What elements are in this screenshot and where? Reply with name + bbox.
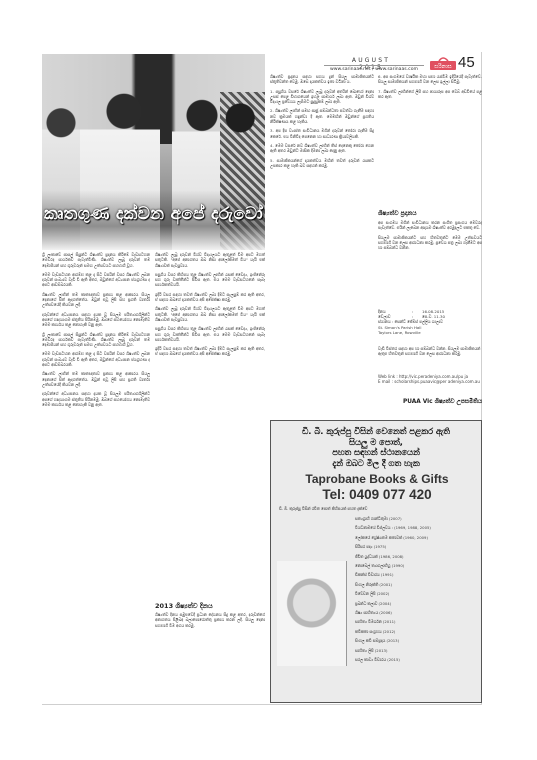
paragraph: පසුගිය වසර කිහිපය තුළ ශිෂ්‍යත්ව ලාභීන් ර… (155, 272, 265, 288)
event-details: දිනය : 16.08.2015 වේලාව : පෙ.ව. 11.30 ස්… (378, 309, 482, 335)
shop-name: Taprobane Books & Gifts (271, 472, 483, 486)
article-column-4-section: අප සංගමය මගින් සංවිධානය කරන සංගීත ප්‍රසං… (378, 220, 482, 306)
venue-line: Taylors Lane, Rowville (378, 330, 482, 335)
paragraph: මෙම වැඩසටහන ආරම්භ කළ දා සිට වසරින් වසර ශ… (42, 351, 150, 367)
paragraph: දරුවන්ගේ අධ්‍යාපනය සඳහා දායක වූ සියලුම ප… (42, 312, 150, 328)
book-list: සත්‍යග්‍රාහී ගාන්ධිතුමා (2007) වියට්නාමය… (355, 514, 479, 665)
book-item: සාහිත්‍ය විමර්ශන (2011) (355, 617, 479, 626)
article-column-3: ශිෂ්‍යත්ව ප්‍රදානය සඳහා සහය දුන් සියලු ස… (270, 74, 374, 414)
paragraph: ශ්‍රී ලංකාවේ පාසල් සිසුන්ට ශිෂ්‍යත්ව ප්‍… (42, 252, 150, 268)
paragraph: 1. පසුගිය වසරේ ශිෂ්‍යත්ව ලැබූ දරුවන් අතර… (270, 89, 374, 105)
contact-links: Web link : http://vic.peradeniya.com.au/… (378, 374, 482, 385)
header-divider (324, 65, 424, 66)
page-number: 45 (458, 54, 475, 71)
paragraph: ශිෂ්‍යත්ව ප්‍රදානය සඳහා සහය දුන් සියලු ස… (270, 74, 374, 85)
book-item: ශිෂ්‍ය සාහිත්‍යය (2006) (355, 608, 479, 617)
paragraph: දරුවන්ගේ අධ්‍යාපනය සඳහා දායක වූ සියලුම ප… (42, 391, 150, 407)
paragraph: ශිෂ්‍යත්ව ලැබූ දරුවන් විශ්ව විද්‍යාලයට ඇ… (155, 252, 265, 268)
paragraph: අප සංගමය මගින් සංවිධානය කරන සංගීත ප්‍රසං… (378, 220, 482, 231)
article-headline: කෘතගුණ දක්වන අපේ දරුවෝ (42, 204, 265, 224)
email-link[interactable]: E mail : scholarships.puaavic@per adeniy… (378, 379, 482, 384)
book-item: සිරිසර පද්‍ය (1975) (355, 542, 479, 551)
book-item: නොබෙල් ත්‍යාගලාභීහු (1990) (355, 561, 479, 570)
section-heading-2013: 2013 ශිෂ්‍යත්ව දිනය (155, 602, 213, 611)
ad-headline-line: ඩී. බී. කුරුප්පු විසින් වෙනෙත් පළකර ඇති (275, 426, 477, 437)
article-column-1: ශ්‍රී ලංකාවේ පාසල් සිසුන්ට ශිෂ්‍යත්ව ප්‍… (42, 252, 150, 698)
paragraph: 7. ශිෂ්‍යත්ව ලාභීන්ගේ ලිපි සහ ඡායාරූප අප… (378, 89, 482, 100)
signature: PUAA Vic ශිෂ්‍යත්ව උපසමිතිය (378, 399, 482, 406)
paragraph: ඉදිරි වසර සඳහා තවත් ශිෂ්‍යත්ව ලබා දීමට ස… (155, 292, 265, 303)
shop-telephone[interactable]: Tel: 0409 077 420 (271, 487, 483, 502)
paragraph: 3. අප දීප ව්‍යාප්ත සංවිධානය මගින් දරුවන්… (270, 128, 374, 139)
book-item: ඩිකන්ස් විචාරය (1991) (355, 570, 479, 579)
bookshop-advertisement: ඩී. බී. කුරුප්පු විසින් වෙනෙත් පළකර ඇති … (270, 420, 482, 703)
paragraph: ශිෂ්‍යත්ව ලාභීන් තම කෘතඥතාව ප්‍රකාශ කළ ආ… (42, 292, 150, 308)
paragraph: ශිෂ්‍යත්ව ලාභීන් තම කෘතඥතාව ප්‍රකාශ කළ ආ… (42, 371, 150, 387)
paragraph: ශිෂ්‍යත්ව ලැබූ දරුවන් විශ්ව විද්‍යාලයට ඇ… (155, 306, 265, 322)
book-item: සරල කාව්‍ය විචාරය (2015) (355, 655, 479, 664)
article-column-2-section: ශිෂ්‍යත්ව දිනය සමුළුවේදී ප්‍රධාන දේශනය ස… (155, 612, 265, 698)
paragraph: ශිෂ්‍යත්ව දිනය සමුළුවේදී ප්‍රධාන දේශනය ස… (155, 612, 265, 628)
paragraph: 5. සාමාජිකයන්ගේ දායකත්වය මඟින් තවත් දරුව… (270, 158, 374, 169)
book-item: ජීවිත යුද්ධයක් (1986, 2008) (355, 552, 479, 561)
book-item: සිංහල නිරුක්ති (2001) (355, 580, 479, 589)
svg-text:සරිනාස: සරිනාස (434, 63, 452, 70)
newspaper-page: AUGUST 2015 www.sarinaas.net / www.sarin… (42, 52, 482, 705)
ad-headline-line: දැන් ඔබට මිල දී ගත හැක (275, 458, 477, 469)
book-item: වියට්නාමයේ විප්ලවය : (1969, 1988, 2005) (355, 523, 479, 532)
paragraph: 2. ශිෂ්‍යත්ව ලාභීන් සමඟ සෘජු සම්බන්ධතා ප… (270, 108, 374, 124)
book-item: කවිකතා සංග්‍රහය (2012) (355, 627, 479, 636)
book-item: ප්‍රබන්ධ කලාව (2004) (355, 599, 479, 608)
book-item: සිංහල කවි සම්ප්‍රදාය (2013) (355, 636, 479, 645)
paragraph: 6. අප සංගමයේ වාර්ෂික මහා සභා රැස්වීම ඉදි… (378, 74, 482, 85)
ad-headline-line: සියලු ම පොත්, (275, 437, 477, 448)
website-urls[interactable]: www.sarinaas.net / www.sarinaas.com (324, 67, 424, 72)
section-heading-scholarship: ශිෂ්‍යත්ව ප්‍රදානය (378, 210, 417, 218)
book-item: විවේචන ලිපි (2002) (355, 589, 479, 598)
book-item: ලෝකයේ ශ්‍රේෂ්ඨතම කතාවක් (1960, 2009) (355, 533, 479, 542)
paragraph: පසුගිය වසර කිහිපය තුළ ශිෂ්‍යත්ව ලාභීන් ර… (155, 326, 265, 342)
event-note: වැඩි විස්තර සඳහා අප හා සම්බන්ධ වන්න. සිය… (378, 346, 482, 371)
ad-headline-line: පහත සඳහන් ස්ථානයෙන් (275, 447, 477, 458)
book-item: සාහිත්‍ය ලිපි (2013) (355, 646, 479, 655)
article-column-2: ශිෂ්‍යත්ව ලැබූ දරුවන් විශ්ව විද්‍යාලයට ඇ… (155, 252, 265, 602)
ad-headline: ඩී. බී. කුරුප්පු විසින් වෙනෙත් පළකර ඇති … (275, 426, 477, 468)
book-item: සත්‍යග්‍රාහී ගාන්ධිතුමා (2007) (355, 514, 479, 523)
paragraph: මෙම වැඩසටහන ආරම්භ කළ දා සිට වසරින් වසර ශ… (42, 272, 150, 288)
ad-intro: ඩී. බී. කුරුප්පු විසින් රචිත පොත් කිහිපය… (279, 506, 479, 511)
paragraph: ශ්‍රී ලංකාවේ පාසල් සිසුන්ට ශිෂ්‍යත්ව ප්‍… (42, 332, 150, 348)
paragraph: ඉදිරි වසර සඳහා තවත් ශිෂ්‍යත්ව ලබා දීමට ස… (155, 346, 265, 357)
paragraph: සියලුම සාමාජිකයන්ට සහ හිතවතුන්ට මෙම උත්ස… (378, 235, 482, 251)
paragraph: 4. මෙම වසරේ නව ශිෂ්‍යත්ව ලාභීන් තිස් දෙන… (270, 143, 374, 154)
article-column-4: 6. අප සංගමයේ වාර්ෂික මහා සභා රැස්වීම ඉදි… (378, 74, 482, 204)
author-portrait (277, 561, 347, 666)
publication-logo-icon: සරිනාස (430, 56, 456, 70)
